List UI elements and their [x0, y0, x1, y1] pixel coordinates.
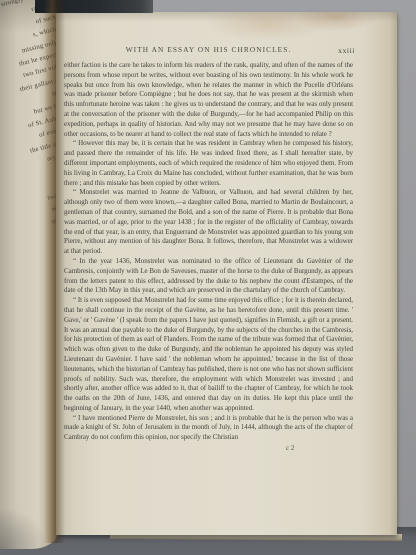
book-photo: strongly attached toranks ; heof such Ps…: [0, 0, 416, 555]
signature-mark: c 2: [64, 444, 353, 452]
body-paragraph: “ In the year 1436, Monstrelet was nomin…: [64, 257, 353, 296]
body-paragraph: “ Monstrelet was married to Jeanne de Va…: [64, 188, 353, 257]
running-title: WITH AN ESSAY ON HIS CHRONICLES.: [64, 45, 353, 54]
body-paragraph: “ I have mentioned Pierre de Monstrelet,…: [64, 414, 353, 443]
body-paragraph: “ However this may be, it is certain tha…: [64, 139, 353, 188]
gutter-shadow: [44, 0, 65, 543]
body-paragraph: either faction is the care he takes to i…: [64, 61, 353, 139]
page-content: WITH AN ESSAY ON HIS CHRONICLES. xxiii e…: [64, 12, 353, 452]
body-text: either faction is the care he takes to i…: [64, 61, 353, 443]
book-page: WITH AN ESSAY ON HIS CHRONICLES. xxiii e…: [56, 12, 397, 535]
page-number: xxiii: [338, 46, 355, 55]
body-paragraph: “ It is even supposed that Monstrelet ha…: [64, 296, 353, 414]
running-head: WITH AN ESSAY ON HIS CHRONICLES. xxiii: [64, 45, 353, 56]
